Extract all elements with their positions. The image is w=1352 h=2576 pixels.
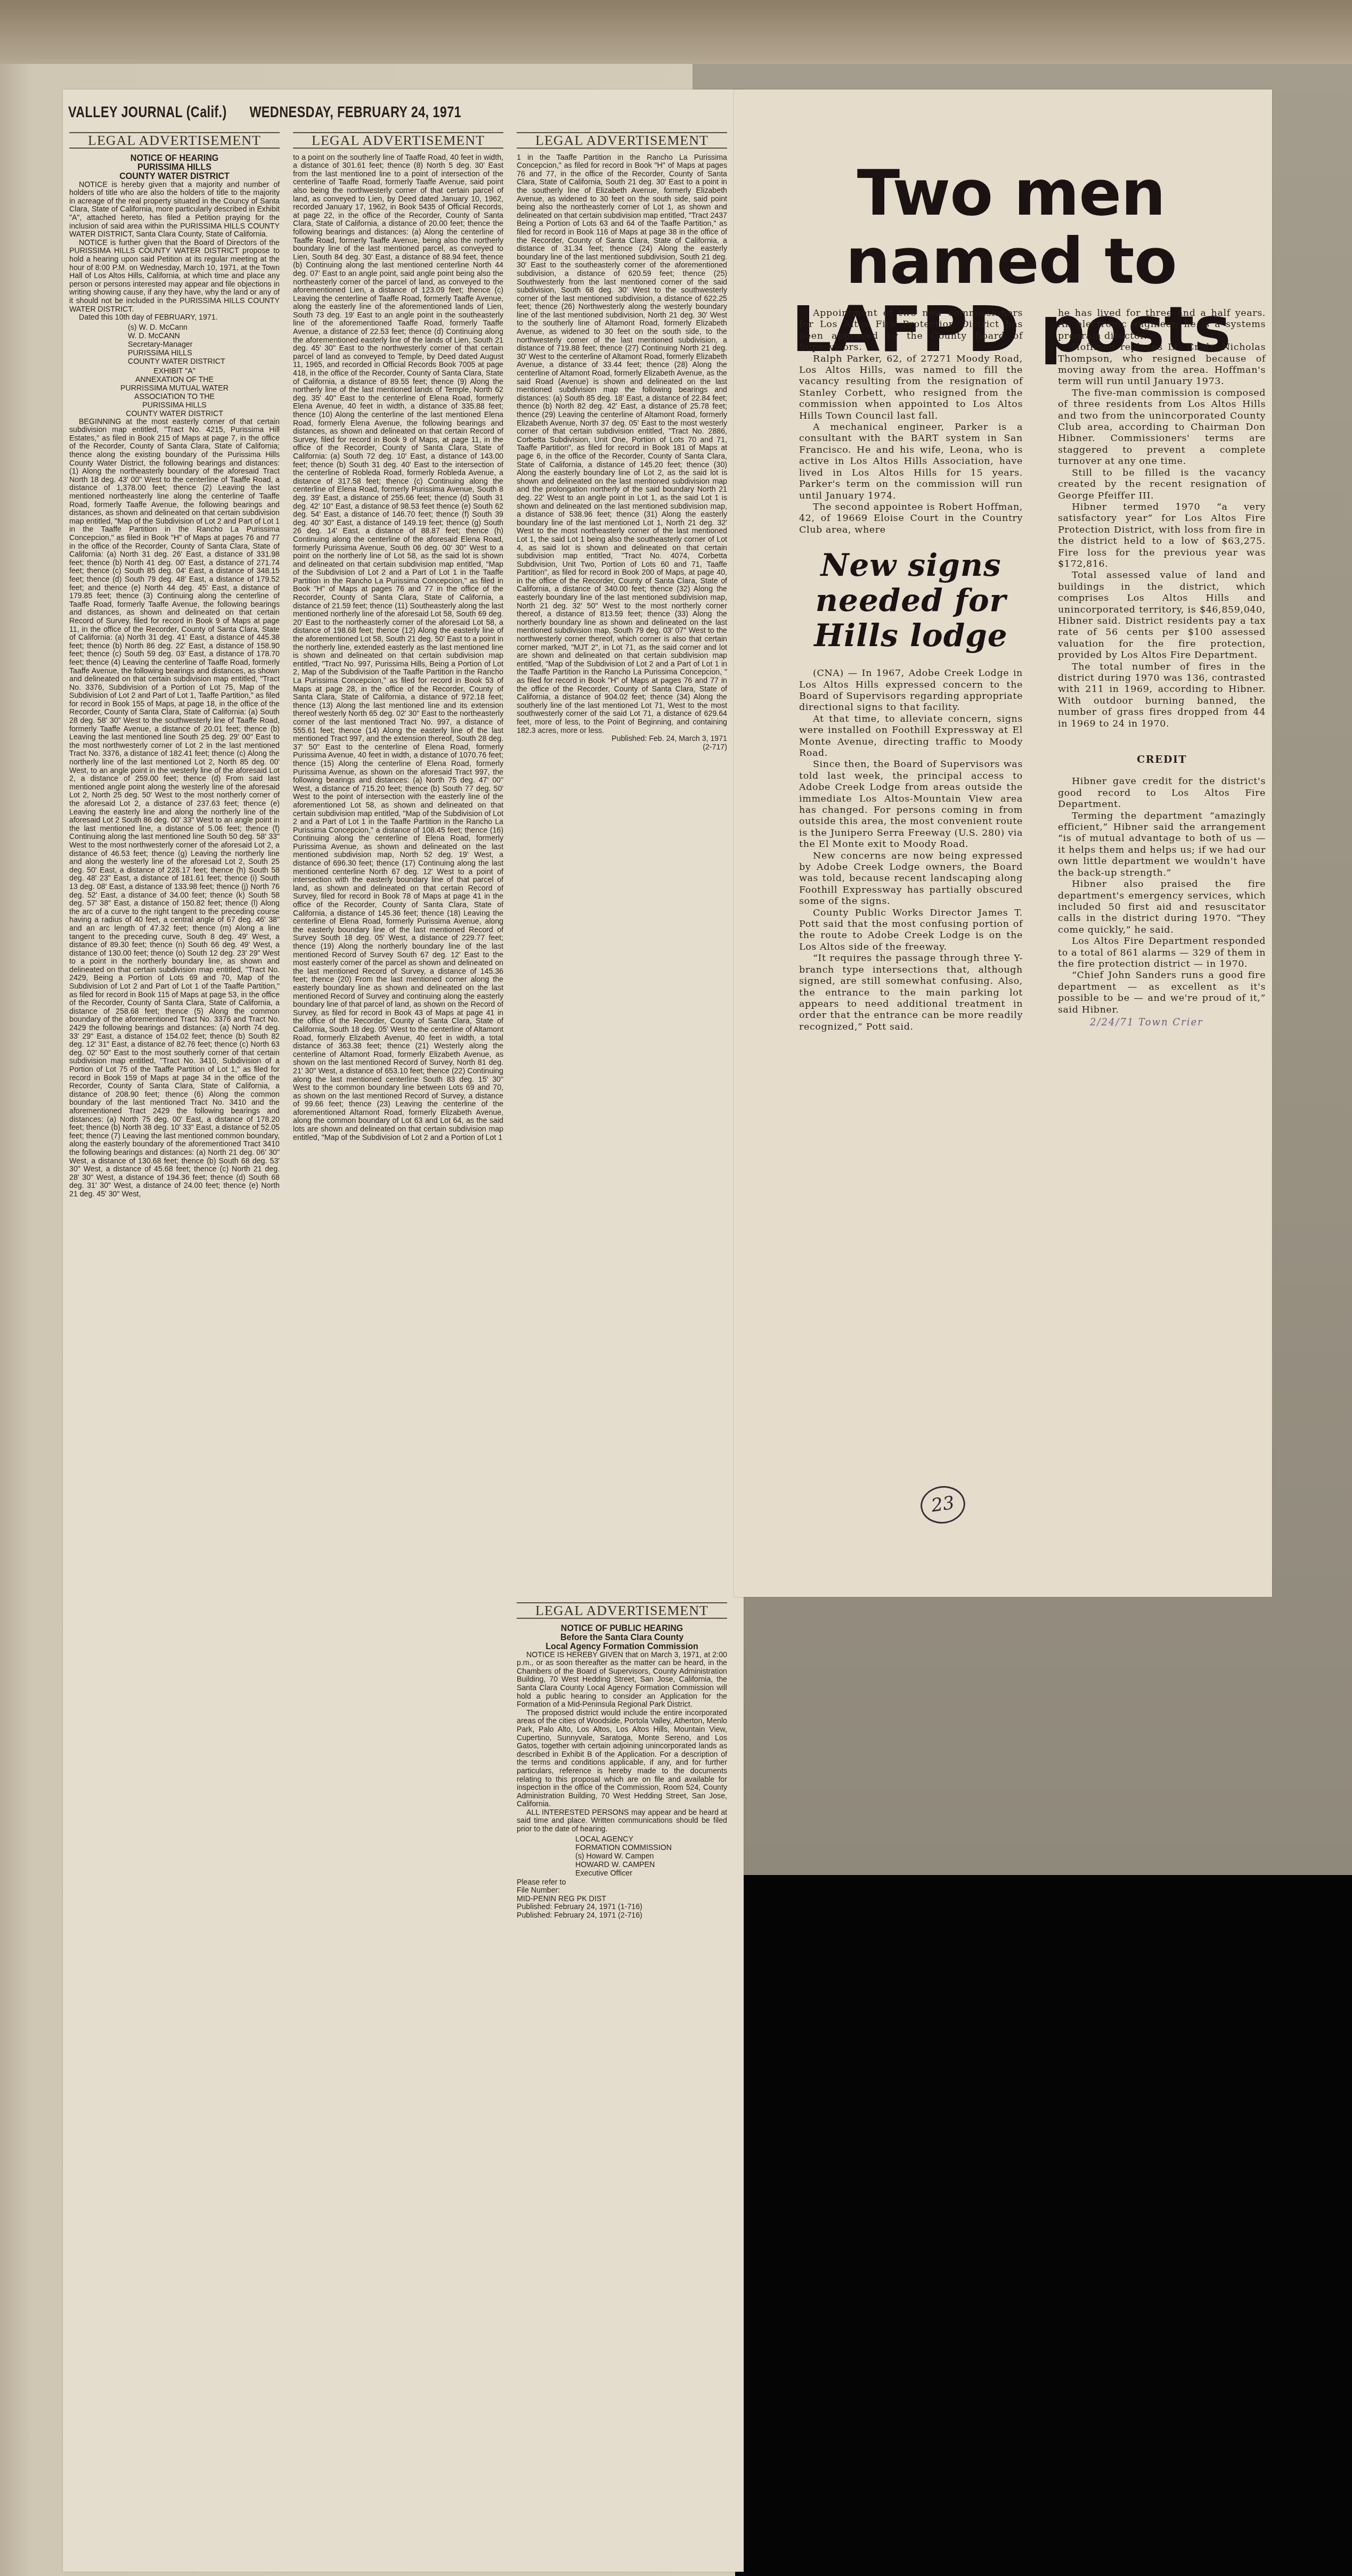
legal-section-label: LEGAL ADVERTISEMENT [517,132,727,149]
legal-advertisement-clipping: VALLEY JOURNAL (Calif.) WEDNESDAY, FEBRU… [63,89,744,2572]
legal-section-label: LEGAL ADVERTISEMENT [517,1602,727,1619]
article-paragraph: Terming the department “amazingly effici… [1058,811,1266,879]
footer-line: File Number: [517,1887,727,1895]
signature-line: (s) W. D. McCann [128,323,280,332]
article-paragraph: Hibner termed 1970 “a very satisfactory … [1058,502,1266,570]
notice-title-line: Local Agency Formation Commission [517,1642,727,1651]
exhibit-line: ANNEXATION OF THE [69,376,280,384]
footer-line: MID-PENIN REG PK DIST [517,1895,727,1904]
article-paragraph: Hoffman replaces Lt. Cmdr. Nicholas Thom… [1058,342,1266,388]
article-paragraph: Hibner gave credit for the district's go… [1058,776,1266,810]
crosshead-credit: CREDIT [1058,754,1266,765]
notice-title-line: NOTICE OF PUBLIC HEARING [517,1624,727,1633]
news-article-clipping: Two men named to LAFPD posts Appointment… [734,89,1272,1597]
article-paragraph: The five-man commission is composed of t… [1058,388,1266,468]
notice-signature: LOCAL AGENCY FORMATION COMMISSION (s) Ho… [517,1835,727,1878]
exhibit-heading: EXHIBIT "A" ANNEXATION OF THE PURRISSIMA… [69,367,280,418]
article-column-right: he has lived for three and a half years.… [1058,308,1266,1028]
exhibit-line: COUNTY WATER DISTRICT [69,410,280,418]
article-paragraph: A mechanical engineer, Parker is a consu… [799,422,1023,502]
article-paragraph: Total assessed value of land and buildin… [1058,570,1266,661]
notice-paragraph: The proposed district would include the … [517,1709,727,1809]
boundary-description: BEGINNING at the most easterly corner of… [69,418,280,1199]
article-paragraph: Los Altos Fire Department responded to a… [1058,936,1266,970]
footer-line: Published: February 24, 1971 (2-716) [517,1912,727,1920]
notice-title-line: COUNTY WATER DISTRICT [69,172,280,181]
article-paragraph: Still to be filled is the vacancy create… [1058,468,1266,502]
notice-paragraph: NOTICE is further given that the Board o… [69,239,280,314]
exhibit-line: PURRISSIMA MUTUAL WATER [69,384,280,393]
article-paragraph: Ralph Parker, 62, of 27271 Moody Road, L… [799,354,1023,422]
article-paragraph: he has lived for three and a half years.… [1058,308,1266,342]
exhibit-line: ASSOCIATION TO THE [69,393,280,401]
newspaper-name: VALLEY JOURNAL (Calif.) [68,103,227,121]
signature-line: HOWARD W. CAMPEN [575,1861,727,1869]
signature-line: Secretary-Manager [128,340,280,349]
notice-title-line: Before the Santa Clara County [517,1633,727,1642]
subarticle-paragraph: New concerns are now being expressed by … [799,851,1023,908]
scrapbook-top-edge [0,0,1352,64]
legal-column-3-notice-2: LEGAL ADVERTISEMENT NOTICE OF PUBLIC HEA… [517,1602,727,2561]
notice-paragraph: NOTICE IS HEREBY GIVEN that on March 3, … [517,1651,727,1709]
handwritten-source-note: 2/24/71 Town Crier [1090,1017,1266,1028]
article-paragraph: The total number of fires in the distric… [1058,662,1266,730]
legal-section-label: LEGAL ADVERTISEMENT [293,132,503,149]
signature-line: Executive Officer [575,1869,727,1878]
notice-footer: Please refer to File Number: MID-PENIN R… [517,1879,727,1920]
exhibit-line: EXHIBIT "A" [69,367,280,376]
notice-title-line: PURISSIMA HILLS [69,163,280,172]
notice-title: NOTICE OF PUBLIC HEARING Before the Sant… [517,1624,727,1651]
article-paragraph: The second appointee is Robert Hoffman, … [799,502,1023,536]
signature-line: (s) Howard W. Campen [575,1852,727,1861]
published-line: Published: Feb. 24, March 3, 1971 [517,735,727,744]
boundary-description: 1 in the Taaffe Partition in the Rancho … [517,154,727,736]
notice-dated: Dated this 10th day of FEBRUARY, 1971. [69,314,280,322]
subarticle-paragraph: At that time, to alleviate concern, sign… [799,714,1023,760]
published-ref: (2-717) [517,744,727,752]
newspaper-date: WEDNESDAY, FEBRUARY 24, 1971 [249,103,461,121]
exhibit-line: PURISSIMA HILLS [69,401,280,410]
subarticle-paragraph: “It requires the passage through three Y… [799,953,1023,1033]
notice-title-line: NOTICE OF HEARING [69,154,280,163]
notice-signature: (s) W. D. McCann W. D. McCANN Secretary-… [69,323,280,366]
signature-line: LOCAL AGENCY [575,1835,727,1844]
footer-line: Published: February 24, 1971 (1-716) [517,1903,727,1912]
subarticle-headline: New signs needed for Hills lodge [799,548,1023,653]
article-paragraph: Hibner also praised the fire department'… [1058,879,1266,936]
legal-section-label: LEGAL ADVERTISEMENT [69,132,280,149]
legal-column-2: LEGAL ADVERTISEMENT to a point on the so… [293,132,503,2561]
subarticle-paragraph: (CNA) — In 1967, Adobe Creek Lodge in Lo… [799,668,1023,714]
signature-line: W. D. McCANN [128,332,280,340]
legal-column-3: LEGAL ADVERTISEMENT 1 in the Taaffe Part… [517,132,727,1594]
legal-column-1: LEGAL ADVERTISEMENT NOTICE OF HEARING PU… [69,132,280,2561]
footer-line: Please refer to [517,1879,727,1887]
notice-paragraph: NOTICE is hereby given that a majority a… [69,181,280,239]
boundary-description: to a point on the southerly line of Taaf… [293,154,503,1143]
masthead: VALLEY JOURNAL (Calif.) WEDNESDAY, FEBRU… [68,103,525,121]
signature-line: FORMATION COMMISSION [575,1844,727,1852]
article-paragraph: “Chief John Sanders runs a good fire dep… [1058,970,1266,1016]
signature-line: COUNTY WATER DISTRICT [128,357,280,366]
notice-title: NOTICE OF HEARING PURISSIMA HILLS COUNTY… [69,154,280,181]
signature-line: PURISSIMA HILLS [128,349,280,357]
notice-paragraph: ALL INTERESTED PERSONS may appear and be… [517,1809,727,1834]
subarticle-paragraph: Since then, the Board of Supervisors was… [799,759,1023,850]
article-paragraph: Appointment of two new commissioners for… [799,308,1023,354]
subarticle-paragraph: County Public Works Director James T. Po… [799,908,1023,953]
article-column-left: Appointment of two new commissioners for… [799,308,1023,1033]
